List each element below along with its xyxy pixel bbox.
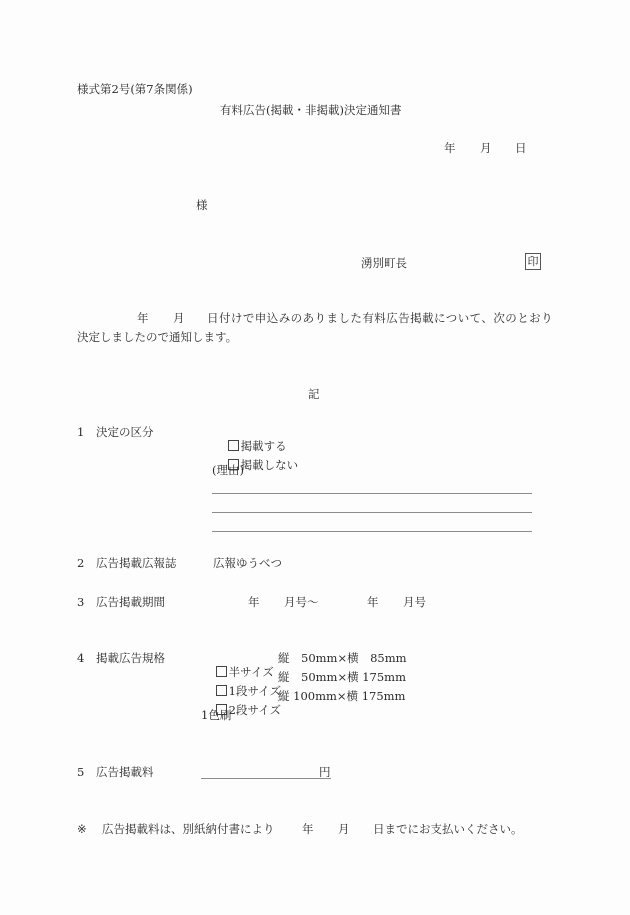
size-dimensions: 縦 50mm×横 175mm bbox=[278, 670, 406, 684]
body-line-2: 決定しましたので通知します。 bbox=[77, 330, 237, 344]
note-text-2: 日までにお支払いください。 bbox=[373, 822, 523, 836]
fee-amount-line[interactable] bbox=[201, 778, 331, 779]
body-year: 年 bbox=[137, 311, 149, 325]
date-year: 年 bbox=[444, 141, 456, 155]
item-label: 広告掲載料 bbox=[96, 765, 154, 779]
size-name: 2段サイズ bbox=[229, 703, 281, 717]
reason-line-3[interactable] bbox=[212, 531, 532, 532]
note-text-1: 広告掲載料は、別紙納付書により bbox=[102, 822, 275, 836]
fee-unit: 円 bbox=[319, 765, 331, 779]
size-dimensions: 縦 100mm×横 175mm bbox=[278, 689, 405, 703]
form-number: 様式第2号(第7条関係) bbox=[77, 82, 193, 96]
item-label: 広告掲載広報誌 bbox=[96, 556, 177, 570]
item-label: 掲載広告規格 bbox=[96, 651, 165, 665]
to-month: 月号 bbox=[403, 595, 426, 609]
from-month: 月号～ bbox=[284, 595, 319, 609]
note-year: 年 bbox=[302, 822, 314, 836]
body-month: 月 bbox=[173, 311, 185, 325]
item-number: 1 bbox=[77, 425, 84, 439]
reason-line-1[interactable] bbox=[212, 493, 532, 494]
issuer-name: 湧別町長 bbox=[361, 256, 407, 270]
date-month: 月 bbox=[480, 141, 492, 155]
addressee-suffix: 様 bbox=[196, 198, 208, 212]
seal-mark: 印 bbox=[525, 253, 541, 270]
note-mark: ※ bbox=[77, 822, 87, 836]
document-title: 有料広告(掲載・非掲載)決定通知書 bbox=[220, 103, 401, 117]
item-number: 2 bbox=[77, 556, 84, 570]
option-label: 掲載しない bbox=[241, 458, 299, 472]
size-dimensions: 縦 50mm×横 85mm bbox=[278, 651, 407, 665]
item-number: 4 bbox=[77, 651, 84, 665]
ki-heading: 記 bbox=[308, 387, 320, 401]
item-number: 5 bbox=[77, 765, 84, 779]
item-value: 広報ゆうべつ bbox=[213, 556, 282, 570]
to-year: 年 bbox=[367, 595, 379, 609]
item-label: 決定の区分 bbox=[96, 425, 154, 439]
reason-line-2[interactable] bbox=[212, 512, 532, 513]
body-text: 日付けで申込みのありました有料広告掲載について、次のとおり bbox=[207, 311, 553, 325]
item-number: 3 bbox=[77, 595, 84, 609]
note-month: 月 bbox=[338, 822, 350, 836]
print-color: 1色刷 bbox=[201, 708, 231, 722]
reason-label: (理由) bbox=[212, 463, 244, 477]
item-label: 広告掲載期間 bbox=[96, 595, 165, 609]
date-day: 日 bbox=[515, 141, 527, 155]
from-year: 年 bbox=[248, 595, 260, 609]
